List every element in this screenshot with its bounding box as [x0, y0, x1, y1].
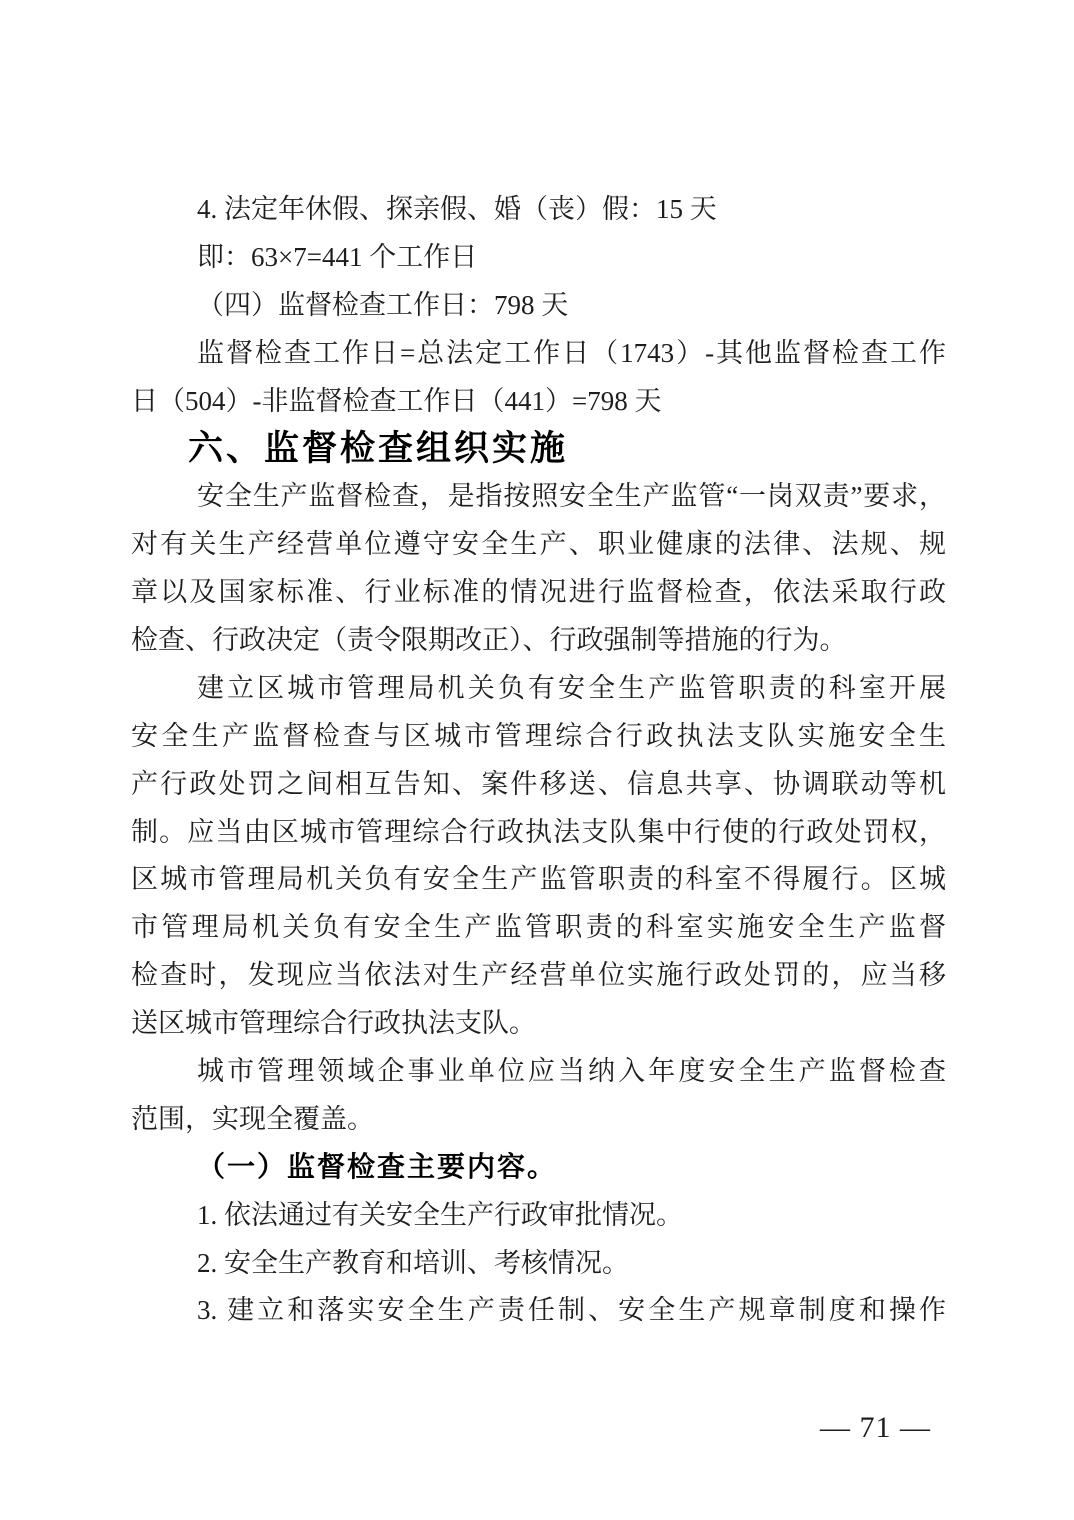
text-line: 2. 安全生产教育和培训、考核情况。	[131, 1240, 946, 1288]
text-line: 监督检查工作日=总法定工作日（1743）-其他监督检查工作	[131, 330, 946, 378]
text-line: 对有关生产经营单位遵守安全生产、职业健康的法律、法规、规	[131, 521, 946, 569]
text-line: 产行政处罚之间相互告知、案件移送、信息共享、协调联动等机	[131, 761, 946, 809]
text-line: 安全生产监督检查与区城市管理综合行政执法支队实施安全生	[131, 713, 946, 761]
text-line: 市管理局机关负有安全生产监管职责的科室实施安全生产监督	[131, 904, 946, 952]
text-line: 日（504）-非监督检查工作日（441）=798 天	[131, 378, 946, 426]
text-line: 区城市管理局机关负有安全生产监管职责的科室不得履行。区城	[131, 856, 946, 904]
text-line: 建立区城市管理局机关负有安全生产监管职责的科室开展	[131, 665, 946, 713]
text-line: 4. 法定年休假、探亲假、婚（丧）假：15 天	[131, 186, 946, 234]
text-line: 送区城市管理综合行政执法支队。	[131, 1000, 946, 1048]
text-line: （四）监督检查工作日：798 天	[131, 282, 946, 330]
text-line: 检查、行政决定（责令限期改正）、行政强制等措施的行为。	[131, 617, 946, 665]
text-line: 范围，实现全覆盖。	[131, 1096, 946, 1144]
text-line: 即：63×7=441 个工作日	[131, 234, 946, 282]
page-number: — 71 —	[820, 1408, 950, 1448]
subsection-heading: （一）监督检查主要内容。	[131, 1144, 946, 1192]
text-line: 3. 建立和落实安全生产责任制、安全生产规章制度和操作	[131, 1287, 946, 1335]
document-body: 4. 法定年休假、探亲假、婚（丧）假：15 天即：63×7=441 个工作日（四…	[131, 186, 946, 1335]
text-line: 检查时，发现应当依法对生产经营单位实施行政处罚的，应当移	[131, 952, 946, 1000]
section-heading: 六、监督检查组织实施	[131, 425, 946, 473]
text-line: 1. 依法通过有关安全生产行政审批情况。	[131, 1192, 946, 1240]
text-line: 章以及国家标准、行业标准的情况进行监督检查，依法采取行政	[131, 569, 946, 617]
text-line: 制。应当由区城市管理综合行政执法支队集中行使的行政处罚权，	[131, 809, 946, 857]
document-page: 4. 法定年休假、探亲假、婚（丧）假：15 天即：63×7=441 个工作日（四…	[0, 0, 1074, 1520]
text-line: 城市管理领域企事业单位应当纳入年度安全生产监督检查	[131, 1048, 946, 1096]
text-line: 安全生产监督检查，是指按照安全生产监管“一岗双责”要求，	[131, 473, 946, 521]
